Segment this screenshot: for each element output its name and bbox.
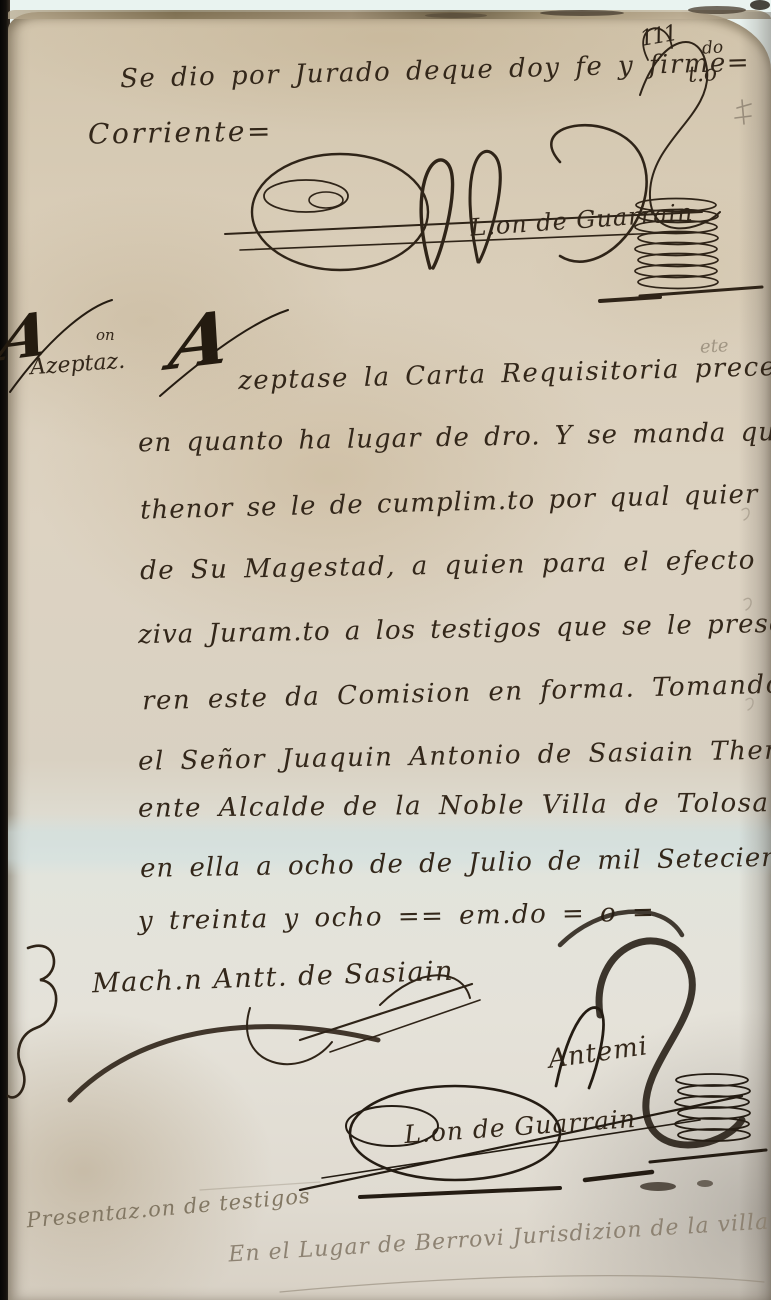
body-line: ente Alcalde de la Noble Villa de Tolosa bbox=[138, 788, 770, 824]
header-line-2: Corriente= bbox=[88, 114, 273, 150]
page-curve-shadow bbox=[739, 12, 771, 1300]
bleedthrough-text: ete bbox=[699, 335, 729, 357]
ink-blot bbox=[697, 1180, 713, 1187]
edge-speck bbox=[425, 13, 487, 18]
edge-speck bbox=[688, 6, 746, 14]
edge-speck bbox=[540, 10, 624, 16]
ink-blot bbox=[640, 1182, 676, 1191]
edge-speck bbox=[750, 0, 770, 10]
manuscript-scan: 111 Se dio por Jurado deque doy fe y fir… bbox=[0, 0, 771, 1300]
torn-top-edge bbox=[8, 10, 771, 19]
header-abbrev-superscript: do bbox=[701, 37, 723, 58]
header-abbrev: t.o bbox=[687, 61, 718, 88]
margin-note-superscript: on bbox=[96, 326, 115, 344]
